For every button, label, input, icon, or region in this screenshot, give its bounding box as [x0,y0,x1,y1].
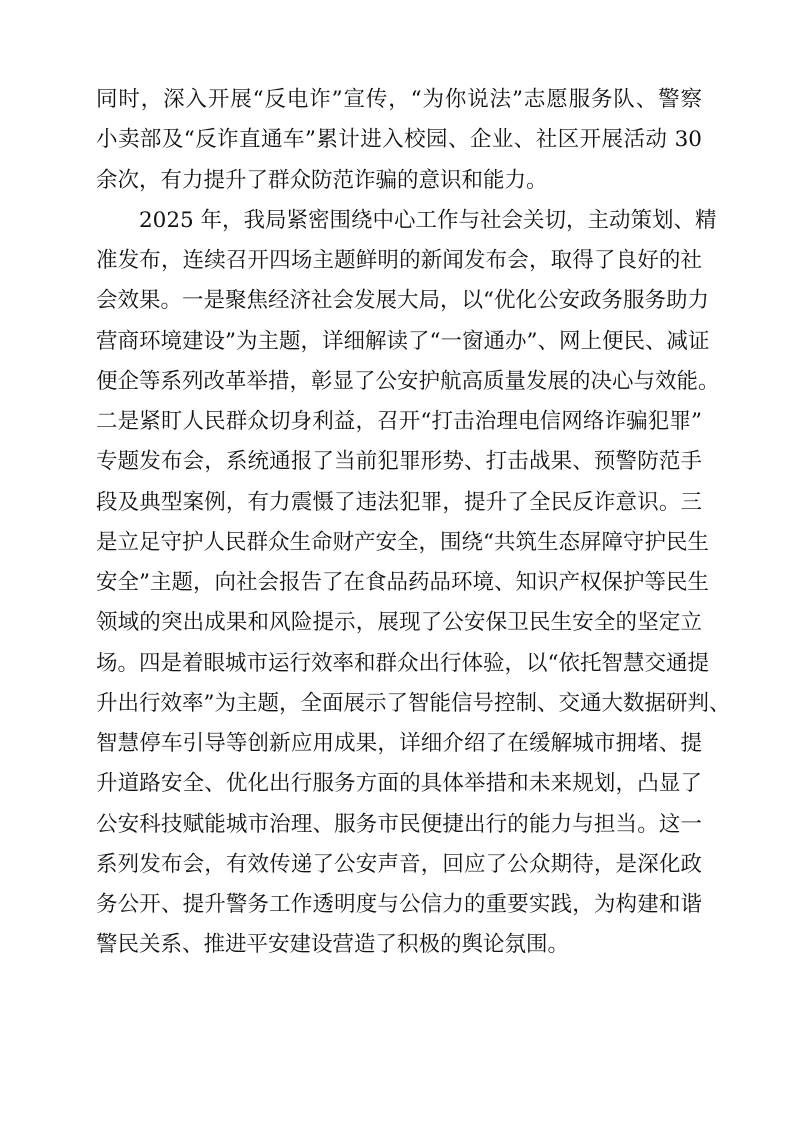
text-line: 系列发布会，有效传递了公安声音，回应了公众期待，是深化政 [96,845,702,885]
text-line: 余次，有力提升了群众防范诈骗的意识和能力。 [96,161,702,201]
text-line: 同时，深入开展“反电诈”宣传，“为你说法”志愿服务队、警察 [96,80,702,120]
text-line: 小卖部及“反诈直通车”累计进入校园、企业、社区开展活动 30 [96,120,702,160]
text-line: 安全”主题，向社会报告了在食品药品环境、知识产权保护等民生 [96,563,702,603]
text-line: 会效果。一是聚焦经济社会发展大局，以“优化公安政务服务助力 [96,281,702,321]
text-line: 公安科技赋能城市治理、服务市民便捷出行的能力与担当。这一 [96,805,702,845]
text-line: 便企等系列改革举措，彰显了公安护航高质量发展的决心与效能。 [96,362,702,402]
text-line: 段及典型案例，有力震慑了违法犯罪，提升了全民反诈意识。三 [96,483,702,523]
text-line: 是立足守护人民群众生命财产安全，围绕“共筑生态屏障守护民生 [96,523,702,563]
text-line: 升道路安全、优化出行服务方面的具体举措和未来规划，凸显了 [96,764,702,804]
text-line: 专题发布会，系统通报了当前犯罪形势、打击战果、预警防范手 [96,442,702,482]
text-line: 务公开、提升警务工作透明度与公信力的重要实践，为构建和谐 [96,885,702,925]
text-line: 场。四是着眼城市运行效率和群众出行体验，以“依托智慧交通提 [96,644,702,684]
text-line: 二是紧盯人民群众切身利益，召开“打击治理电信网络诈骗犯罪” [96,402,702,442]
text-line: 领域的突出成果和风险提示，展现了公安保卫民生安全的坚定立 [96,603,702,643]
text-line: 营商环境建设”为主题，详细解读了“一窗通办”、网上便民、减证 [96,322,702,362]
paragraph-press-conferences-2025: 2025 年，我局紧密围绕中心工作与社会关切，主动策划、精 准发布，连续召开四场… [96,201,702,966]
text-line: 智慧停车引导等创新应用成果，详细介绍了在缓解城市拥堵、提 [96,724,702,764]
document-page: 同时，深入开展“反电诈”宣传，“为你说法”志愿服务队、警察 小卖部及“反诈直通车… [96,80,702,966]
text-line: 2025 年，我局紧密围绕中心工作与社会关切，主动策划、精 [96,201,702,241]
text-line: 升出行效率”为主题，全面展示了智能信号控制、交通大数据研判、 [96,684,702,724]
text-line: 准发布，连续召开四场主题鲜明的新闻发布会，取得了良好的社 [96,241,702,281]
text-line: 警民关系、推进平安建设营造了积极的舆论氛围。 [96,925,702,965]
paragraph-anti-fraud-outreach: 同时，深入开展“反电诈”宣传，“为你说法”志愿服务队、警察 小卖部及“反诈直通车… [96,80,702,201]
